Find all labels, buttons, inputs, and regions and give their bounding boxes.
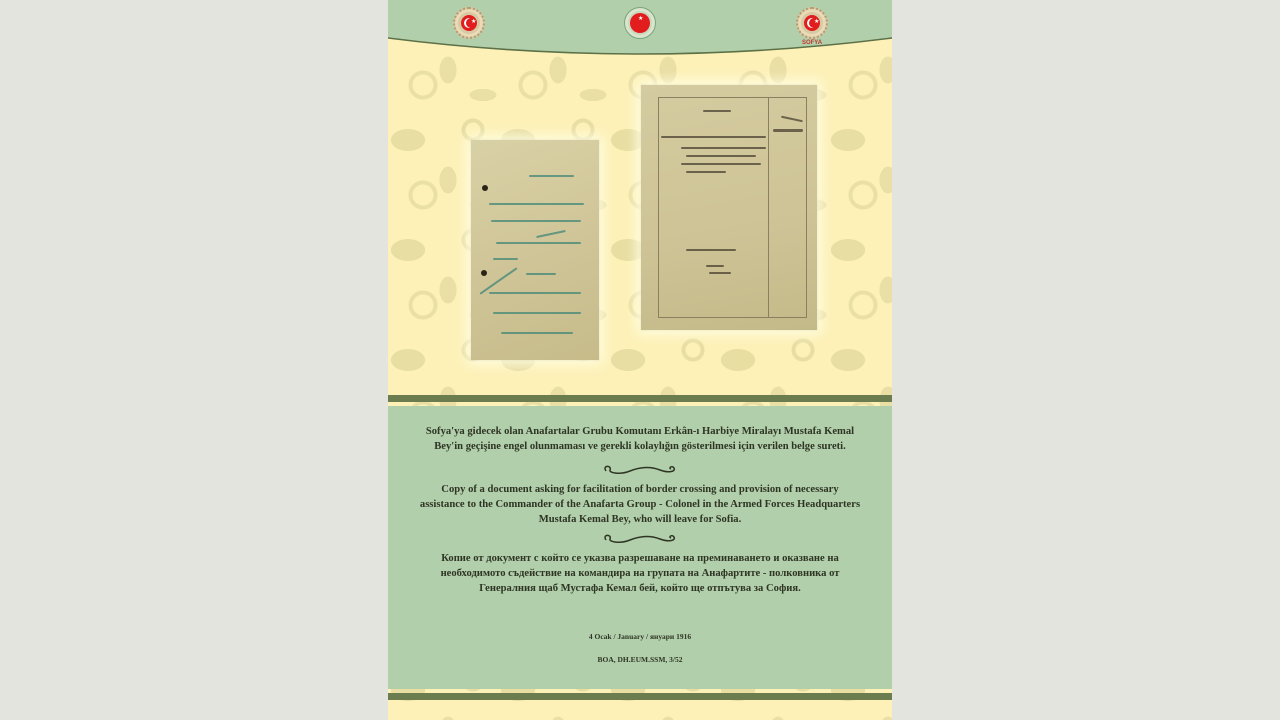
caption-panel: Sofya'ya gidecek olan Anafartalar Grubu … — [388, 406, 892, 689]
header-band: ★ ★ ★ SOFYA — [388, 0, 892, 62]
archive-reference: BOA, DH.EUM.SSM, 3/52 — [388, 655, 892, 664]
caption-turkish: Sofya'ya gidecek olan Anafartalar Grubu … — [418, 424, 862, 454]
handwritten-note-image — [471, 140, 599, 360]
sofya-label: SOFYA — [796, 40, 828, 46]
official-document-image — [641, 85, 817, 330]
divider-top — [388, 395, 892, 402]
parliament-emblem-icon: ★ — [624, 7, 656, 39]
flourish-ornament-icon — [600, 532, 680, 546]
turkish-emblem-right-icon: ★ — [796, 7, 828, 39]
turkish-emblem-left-icon: ★ — [453, 7, 485, 39]
caption-bulgarian: Копие от документ с който се указва разр… — [418, 551, 862, 596]
caption-english: Copy of a document asking for facilitati… — [418, 482, 862, 527]
document-date: 4 Ocak / January / януари 1916 — [388, 632, 892, 641]
poster: ★ ★ ★ SOFYA — [388, 0, 892, 720]
divider-bottom — [388, 693, 892, 700]
flourish-ornament-icon — [600, 463, 680, 477]
